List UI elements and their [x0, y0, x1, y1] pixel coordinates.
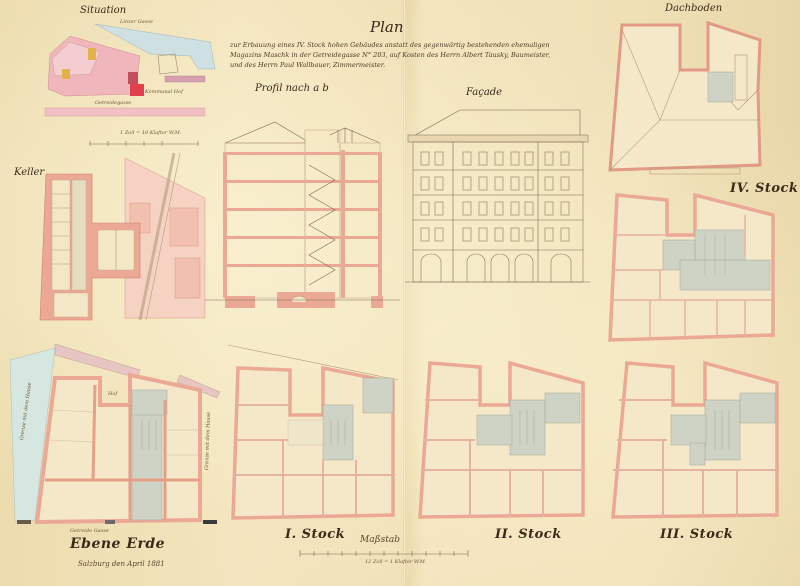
fourth-floor-plan	[605, 190, 790, 340]
situation-street-1: Linzer Gasse	[120, 20, 153, 25]
cellar-plan	[30, 148, 205, 320]
ground-floor-label: Ebene Erde	[70, 537, 165, 551]
situation-street-3: Getreidegasse	[95, 101, 131, 106]
sheet-subtitle: zur Erbauung eines IV. Stock hohen Gebäu…	[230, 40, 590, 70]
subtitle-line-2: Magazins Maschk in der Getreidegasse N° …	[230, 50, 590, 60]
second-floor-plan	[415, 355, 595, 520]
third-floor-plan	[605, 355, 785, 520]
courtyard-label: Hof	[108, 392, 117, 397]
cellar-scale-bar	[90, 138, 200, 148]
situation-annotation-2: Kommunal Hof	[145, 90, 183, 95]
facade-elevation	[405, 110, 590, 285]
situation-plan	[40, 14, 210, 114]
sheet-title: Plan	[370, 20, 404, 35]
scale-caption: 12 Zoll = 1 Klafter W.M.	[365, 560, 426, 565]
subtitle-line-3: und des Herrn Paul Wallbauer, Zimmermeis…	[230, 60, 590, 70]
main-scale-bar	[300, 548, 470, 558]
roof-label: Dachboden	[665, 4, 722, 14]
facade-label: Façade	[466, 88, 502, 98]
first-floor-plan	[228, 340, 408, 520]
first-floor-label: I. Stock	[285, 528, 345, 541]
scale-label: Maßstab	[360, 536, 400, 545]
ground-floor-plan	[5, 330, 220, 530]
subtitle-line-1: zur Erbauung eines IV. Stock hohen Gebäu…	[230, 40, 590, 50]
section-drawing	[205, 110, 400, 310]
third-floor-label: III. Stock	[660, 528, 733, 541]
place-date: Salzburg den April 1881	[78, 561, 165, 568]
cellar-scale-caption: 1 Zoll = 10 Klafter W.M.	[120, 131, 181, 136]
second-floor-label: II. Stock	[495, 528, 562, 541]
section-label: Profil nach a b	[255, 84, 329, 94]
roof-plan	[600, 20, 790, 175]
ground-floor-street-label: Getreide Gasse	[70, 529, 109, 534]
